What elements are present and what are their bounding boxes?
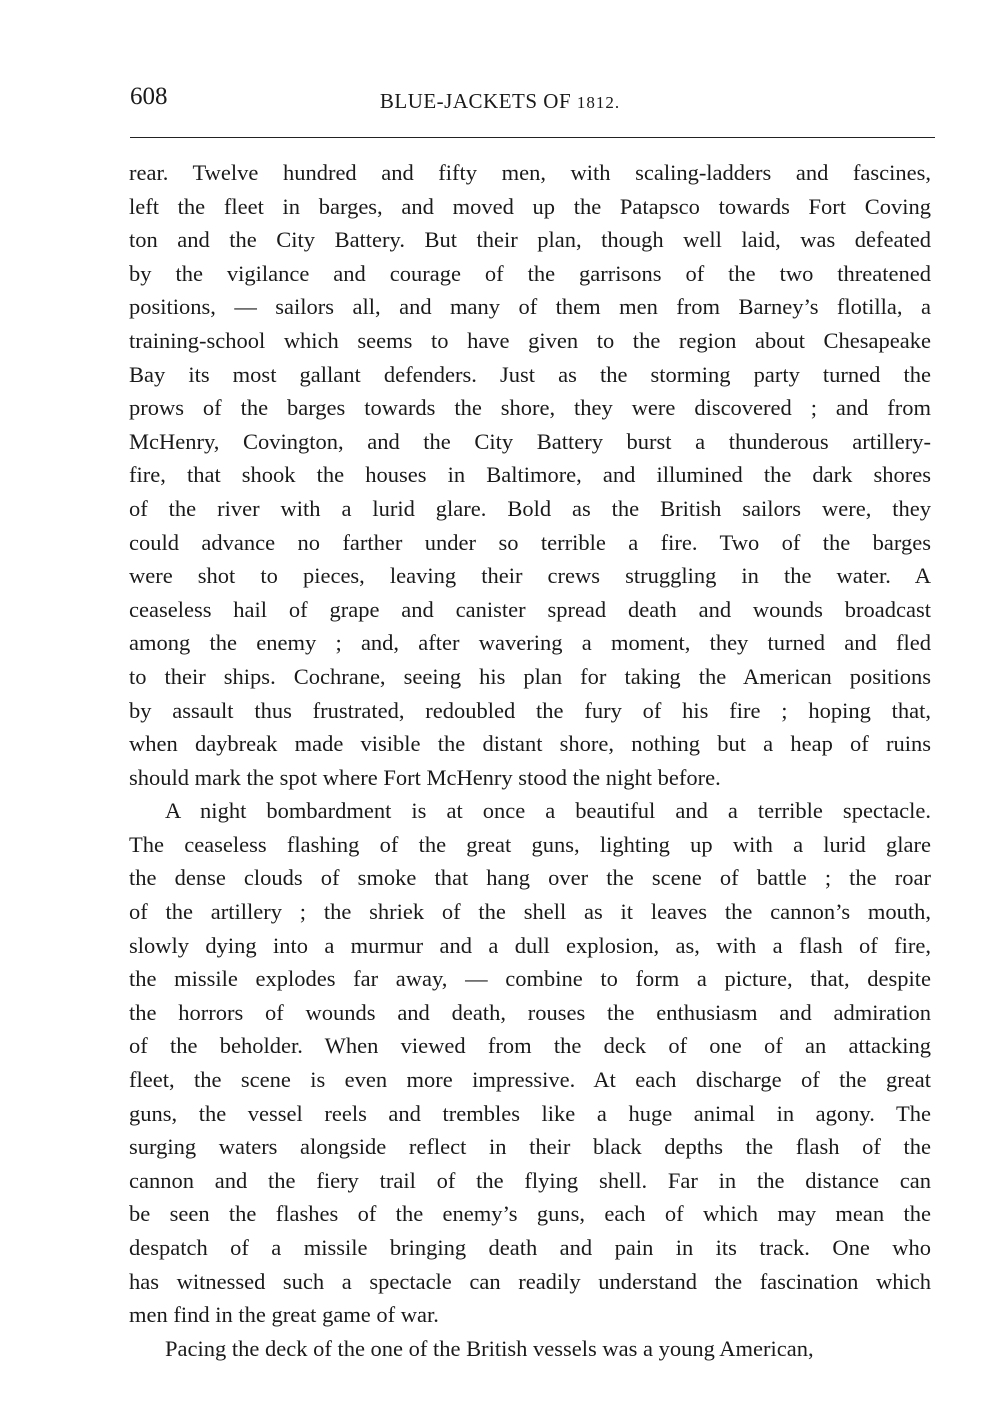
text-line-content: among the enemy ; and, after wavering a … [129,626,931,660]
paragraph: A night bombardment is at once a beautif… [129,794,931,1332]
text-line-content: The ceaseless flashing of the great guns… [129,828,931,862]
text-line-content: prows of the barges towards the shore, t… [129,391,931,425]
text-line: of the beholder. When viewed from the de… [129,1029,931,1063]
text-line: ceaseless hail of grape and canister spr… [129,593,931,627]
text-line: despatch of a missile bringing death and… [129,1231,931,1265]
text-line: training-school which seems to have give… [129,324,931,358]
text-line-content: has witnessed such a spectacle can readi… [129,1265,931,1299]
text-line: cannon and the fiery trail of the flying… [129,1164,931,1198]
text-line: surging waters alongside reflect in thei… [129,1130,931,1164]
text-line: McHenry, Covington, and the City Battery… [129,425,931,459]
text-line-content: were shot to pieces, leaving their crews… [129,559,931,593]
text-line-content: surging waters alongside reflect in thei… [129,1130,931,1164]
text-line: the horrors of wounds and death, rouses … [129,996,931,1030]
text-line-content: when daybreak made visible the distant s… [129,727,931,761]
text-line: among the enemy ; and, after wavering a … [129,626,931,660]
text-line: rear. Twelve hundred and fifty men, with… [129,156,931,190]
text-line-content: training-school which seems to have give… [129,324,931,358]
running-year: 1812. [577,93,620,112]
text-line: when daybreak made visible the distant s… [129,727,931,761]
text-line-content: McHenry, Covington, and the City Battery… [129,425,931,459]
text-line: Bay its most gallant defenders. Just as … [129,358,931,392]
book-page: 608 BLUE-JACKETS OF 1812. rear. Twelve h… [0,0,1000,1409]
text-line: by the vigilance and courage of the garr… [129,257,931,291]
text-line: of the artillery ; the shriek of the she… [129,895,931,929]
text-line-content: left the fleet in barges, and moved up t… [129,190,931,224]
text-line-content: despatch of a missile bringing death and… [129,1231,931,1265]
text-line-content: by assault thus frustrated, redoubled th… [129,694,931,728]
text-line: the dense clouds of smoke that hang over… [129,861,931,895]
text-line: has witnessed such a spectacle can readi… [129,1265,931,1299]
text-line-content: by the vigilance and courage of the garr… [129,257,931,291]
text-line: fleet, the scene is even more impressive… [129,1063,931,1097]
text-line: to their ships. Cochrane, seeing his pla… [129,660,931,694]
text-line-content: Pacing the deck of the one of the Britis… [165,1332,931,1366]
paragraph: rear. Twelve hundred and fifty men, with… [129,156,931,794]
text-line: be seen the flashes of the enemy’s guns,… [129,1197,931,1231]
text-line: slowly dying into a murmur and a dull ex… [129,929,931,963]
text-line-content: Bay its most gallant defenders. Just as … [129,358,931,392]
text-line-content: be seen the flashes of the enemy’s guns,… [129,1197,931,1231]
text-line-content: ceaseless hail of grape and canister spr… [129,593,931,627]
text-line-content: positions, — sailors all, and many of th… [129,290,931,324]
text-line: prows of the barges towards the shore, t… [129,391,931,425]
text-line-content: fleet, the scene is even more impressive… [129,1063,931,1097]
text-line: by assault thus frustrated, redoubled th… [129,694,931,728]
running-title: BLUE-JACKETS OF [380,89,571,113]
text-line-content: of the artillery ; the shriek of the she… [129,895,931,929]
text-line: men find in the great game of war. [129,1298,931,1332]
text-line-content: the dense clouds of smoke that hang over… [129,861,931,895]
paragraph: Pacing the deck of the one of the Britis… [129,1332,931,1366]
header-rule [130,137,935,138]
text-line: the missile explodes far away, — combine… [129,962,931,996]
text-line: A night bombardment is at once a beautif… [129,794,931,828]
text-line-content: should mark the spot where Fort McHenry … [129,761,931,795]
text-line: left the fleet in barges, and moved up t… [129,190,931,224]
text-line: were shot to pieces, leaving their crews… [129,559,931,593]
text-line-content: slowly dying into a murmur and a dull ex… [129,929,931,963]
running-head: BLUE-JACKETS OF 1812. [0,88,1000,116]
text-line-content: fire, that shook the houses in Baltimore… [129,458,931,492]
text-line: positions, — sailors all, and many of th… [129,290,931,324]
text-line-content: rear. Twelve hundred and fifty men, with… [129,156,931,190]
text-line-content: to their ships. Cochrane, seeing his pla… [129,660,931,694]
text-line-content: ton and the City Battery. But their plan… [129,223,931,257]
text-line: ton and the City Battery. But their plan… [129,223,931,257]
text-line: The ceaseless flashing of the great guns… [129,828,931,862]
text-line: fire, that shook the houses in Baltimore… [129,458,931,492]
text-line-content: the horrors of wounds and death, rouses … [129,996,931,1030]
text-line: should mark the spot where Fort McHenry … [129,761,931,795]
text-line: could advance no farther under so terrib… [129,526,931,560]
text-line-content: cannon and the fiery trail of the flying… [129,1164,931,1198]
text-line-content: the missile explodes far away, — combine… [129,962,931,996]
text-line: of the river with a lurid glare. Bold as… [129,492,931,526]
text-line-content: guns, the vessel reels and trembles like… [129,1097,931,1131]
body-text: rear. Twelve hundred and fifty men, with… [129,156,931,1365]
text-line-content: of the river with a lurid glare. Bold as… [129,492,931,526]
text-line-content: men find in the great game of war. [129,1298,931,1332]
text-line: Pacing the deck of the one of the Britis… [129,1332,931,1366]
text-line: guns, the vessel reels and trembles like… [129,1097,931,1131]
text-line-content: A night bombardment is at once a beautif… [165,794,931,828]
text-line-content: of the beholder. When viewed from the de… [129,1029,931,1063]
text-line-content: could advance no farther under so terrib… [129,526,931,560]
